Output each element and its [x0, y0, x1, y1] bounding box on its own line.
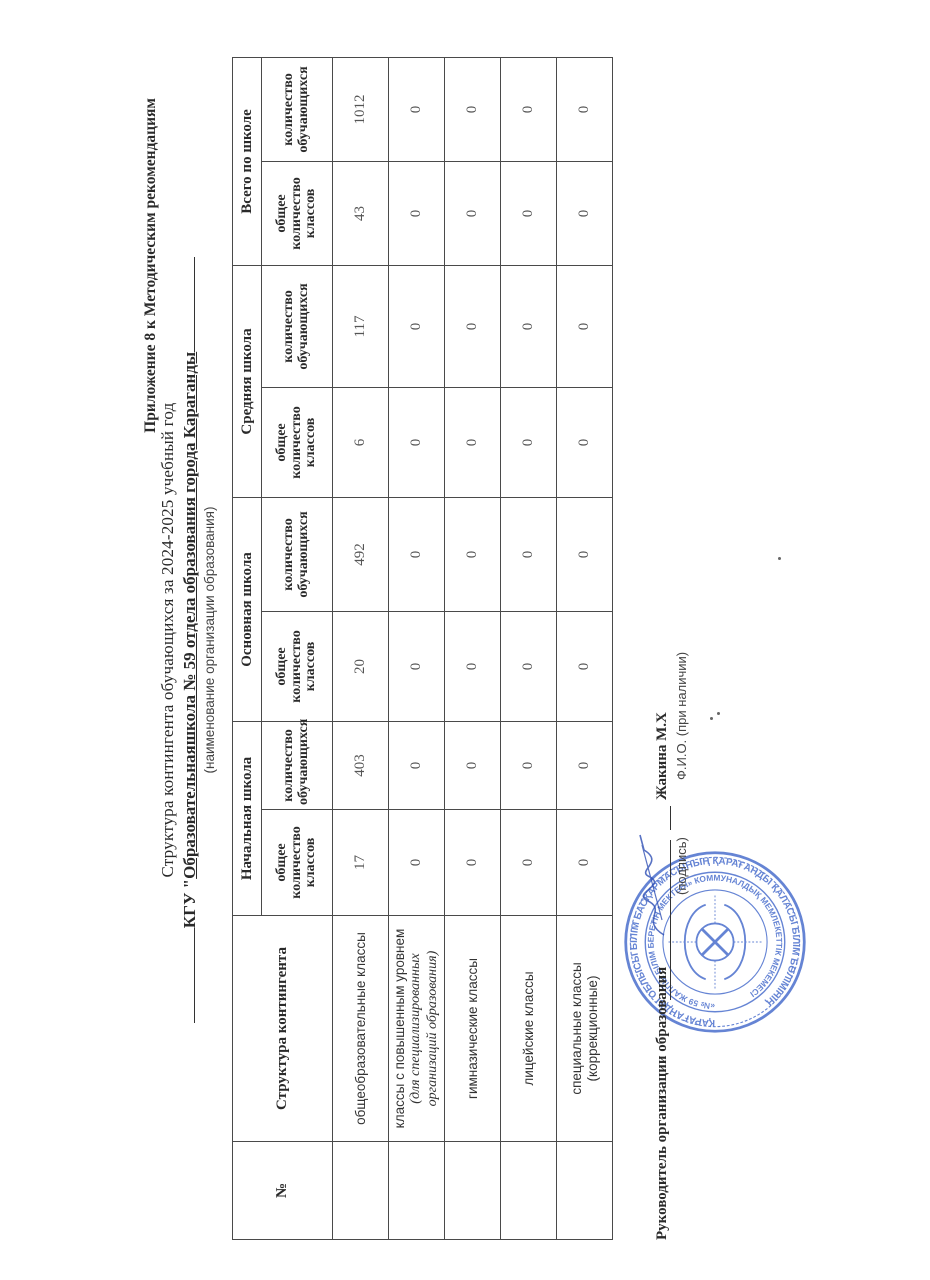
name-dash	[670, 806, 671, 830]
header-school-total: Всего по школе	[233, 57, 262, 265]
row-structure-label: общеобразовательные классы	[333, 916, 389, 1142]
organization-prefix: КГУ "	[180, 879, 199, 928]
structure-note: (для специализированных организаций обра…	[408, 951, 440, 1107]
handwritten-signature-icon	[634, 830, 674, 940]
header-students-count: количество обучающихся	[262, 498, 333, 612]
classes-count-cell: 0	[557, 612, 613, 722]
classes-count-cell: 0	[389, 612, 445, 722]
classes-count-cell: 0	[501, 612, 557, 722]
classes-count-cell: 0	[501, 810, 557, 916]
row-number	[333, 1142, 389, 1240]
header-primary-school: Начальная школа	[233, 722, 262, 916]
students-count-cell: 0	[445, 722, 501, 810]
structure-name: общеобразовательные классы	[353, 932, 368, 1125]
header-classes-count: общее количество классов	[262, 810, 333, 916]
row-structure-label: гимназические классы	[445, 916, 501, 1142]
students-count-cell: 0	[557, 498, 613, 612]
students-count-cell: 0	[389, 498, 445, 612]
classes-count-cell: 0	[557, 810, 613, 916]
header-students-count: количество обучающихся	[262, 265, 333, 387]
students-count-cell: 403	[333, 722, 389, 810]
students-count-cell: 1012	[333, 57, 389, 161]
classes-count-cell: 0	[557, 388, 613, 498]
signature-caption: (подпись)	[674, 837, 689, 895]
students-count-cell: 492	[333, 498, 389, 612]
signatory-role: Руководитель организации образования	[654, 967, 671, 1240]
students-count-cell: 0	[501, 722, 557, 810]
classes-count-cell: 0	[445, 388, 501, 498]
students-count-cell: 0	[389, 57, 445, 161]
students-count-cell: 0	[445, 498, 501, 612]
organization-name: Образовательнаяшкола № 59 отдела образов…	[180, 352, 199, 879]
row-structure-label: лицейские классы	[501, 916, 557, 1142]
name-caption: Ф.И.О. (при наличии)	[674, 652, 689, 780]
scan-speck	[717, 712, 720, 715]
document-page: Приложение 8 к Методическим рекомендация…	[0, 0, 930, 1280]
classes-count-cell: 17	[333, 810, 389, 916]
header-no: №	[233, 1142, 333, 1240]
students-count-cell: 0	[501, 498, 557, 612]
scan-speck	[710, 717, 713, 720]
students-count-cell: 0	[501, 57, 557, 161]
classes-count-cell: 0	[445, 810, 501, 916]
classes-count-cell: 0	[389, 161, 445, 265]
students-count-cell: 0	[557, 265, 613, 387]
header-structure: Структура контингента	[233, 916, 333, 1142]
structure-name: классы с повышенным уровнем	[392, 929, 407, 1129]
header-students-count: количество обучающихся	[262, 722, 333, 810]
classes-count-cell: 0	[501, 161, 557, 265]
header-secondary-school: Средняя школа	[233, 265, 262, 497]
classes-count-cell: 0	[557, 161, 613, 265]
structure-name: специальные классы (коррекционные)	[569, 962, 600, 1094]
row-number	[389, 1142, 445, 1240]
table-row: специальные классы (коррекционные)000000…	[557, 57, 613, 1239]
table-row: гимназические классы00000000	[445, 57, 501, 1239]
classes-count-cell: 6	[333, 388, 389, 498]
scan-speck	[778, 557, 781, 560]
underline-tail	[180, 257, 195, 352]
table-row: лицейские классы00000000	[501, 57, 557, 1239]
row-structure-label: специальные классы (коррекционные)	[557, 916, 613, 1142]
row-number	[445, 1142, 501, 1240]
students-count-cell: 0	[445, 57, 501, 161]
students-count-cell: 0	[501, 265, 557, 387]
students-count-cell: 0	[445, 265, 501, 387]
row-number	[501, 1142, 557, 1240]
classes-count-cell: 0	[445, 612, 501, 722]
classes-count-cell: 0	[445, 161, 501, 265]
students-count-cell: 0	[389, 722, 445, 810]
classes-count-cell: 0	[501, 388, 557, 498]
row-structure-label: классы с повышенным уровнем(для специали…	[389, 916, 445, 1142]
signature-block: Руководитель организации образования (по…	[640, 40, 720, 1240]
header-classes-count: общее количество классов	[262, 388, 333, 498]
table-row: классы с повышенным уровнем(для специали…	[389, 57, 445, 1239]
underline-lead	[180, 928, 195, 1023]
students-count-cell: 117	[333, 265, 389, 387]
organization-caption: (наименование организации образования)	[202, 0, 217, 1280]
contingent-table: № Структура контингента Начальная школа …	[232, 57, 613, 1240]
header-students-count: количество обучающихся	[262, 57, 333, 161]
signatory-name: Жакина М.Х	[654, 712, 671, 800]
row-number	[557, 1142, 613, 1240]
table-body: общеобразовательные классы17403204926117…	[333, 57, 613, 1239]
organization-line: КГУ "Образовательнаяшкола № 59 отдела об…	[180, 0, 200, 1280]
students-count-cell: 0	[389, 265, 445, 387]
structure-name: гимназические классы	[465, 958, 480, 1099]
classes-count-cell: 0	[389, 388, 445, 498]
header-classes-count: общее количество классов	[262, 612, 333, 722]
classes-count-cell: 20	[333, 612, 389, 722]
classes-count-cell: 0	[389, 810, 445, 916]
classes-count-cell: 43	[333, 161, 389, 265]
header-classes-count: общее количество классов	[262, 161, 333, 265]
students-count-cell: 0	[557, 722, 613, 810]
document-title: Структура контингента обучающихся за 202…	[158, 0, 178, 1280]
header-basic-school: Основная школа	[233, 498, 262, 722]
table-row: общеобразовательные классы17403204926117…	[333, 57, 389, 1239]
students-count-cell: 0	[557, 57, 613, 161]
structure-name: лицейские классы	[521, 971, 536, 1085]
